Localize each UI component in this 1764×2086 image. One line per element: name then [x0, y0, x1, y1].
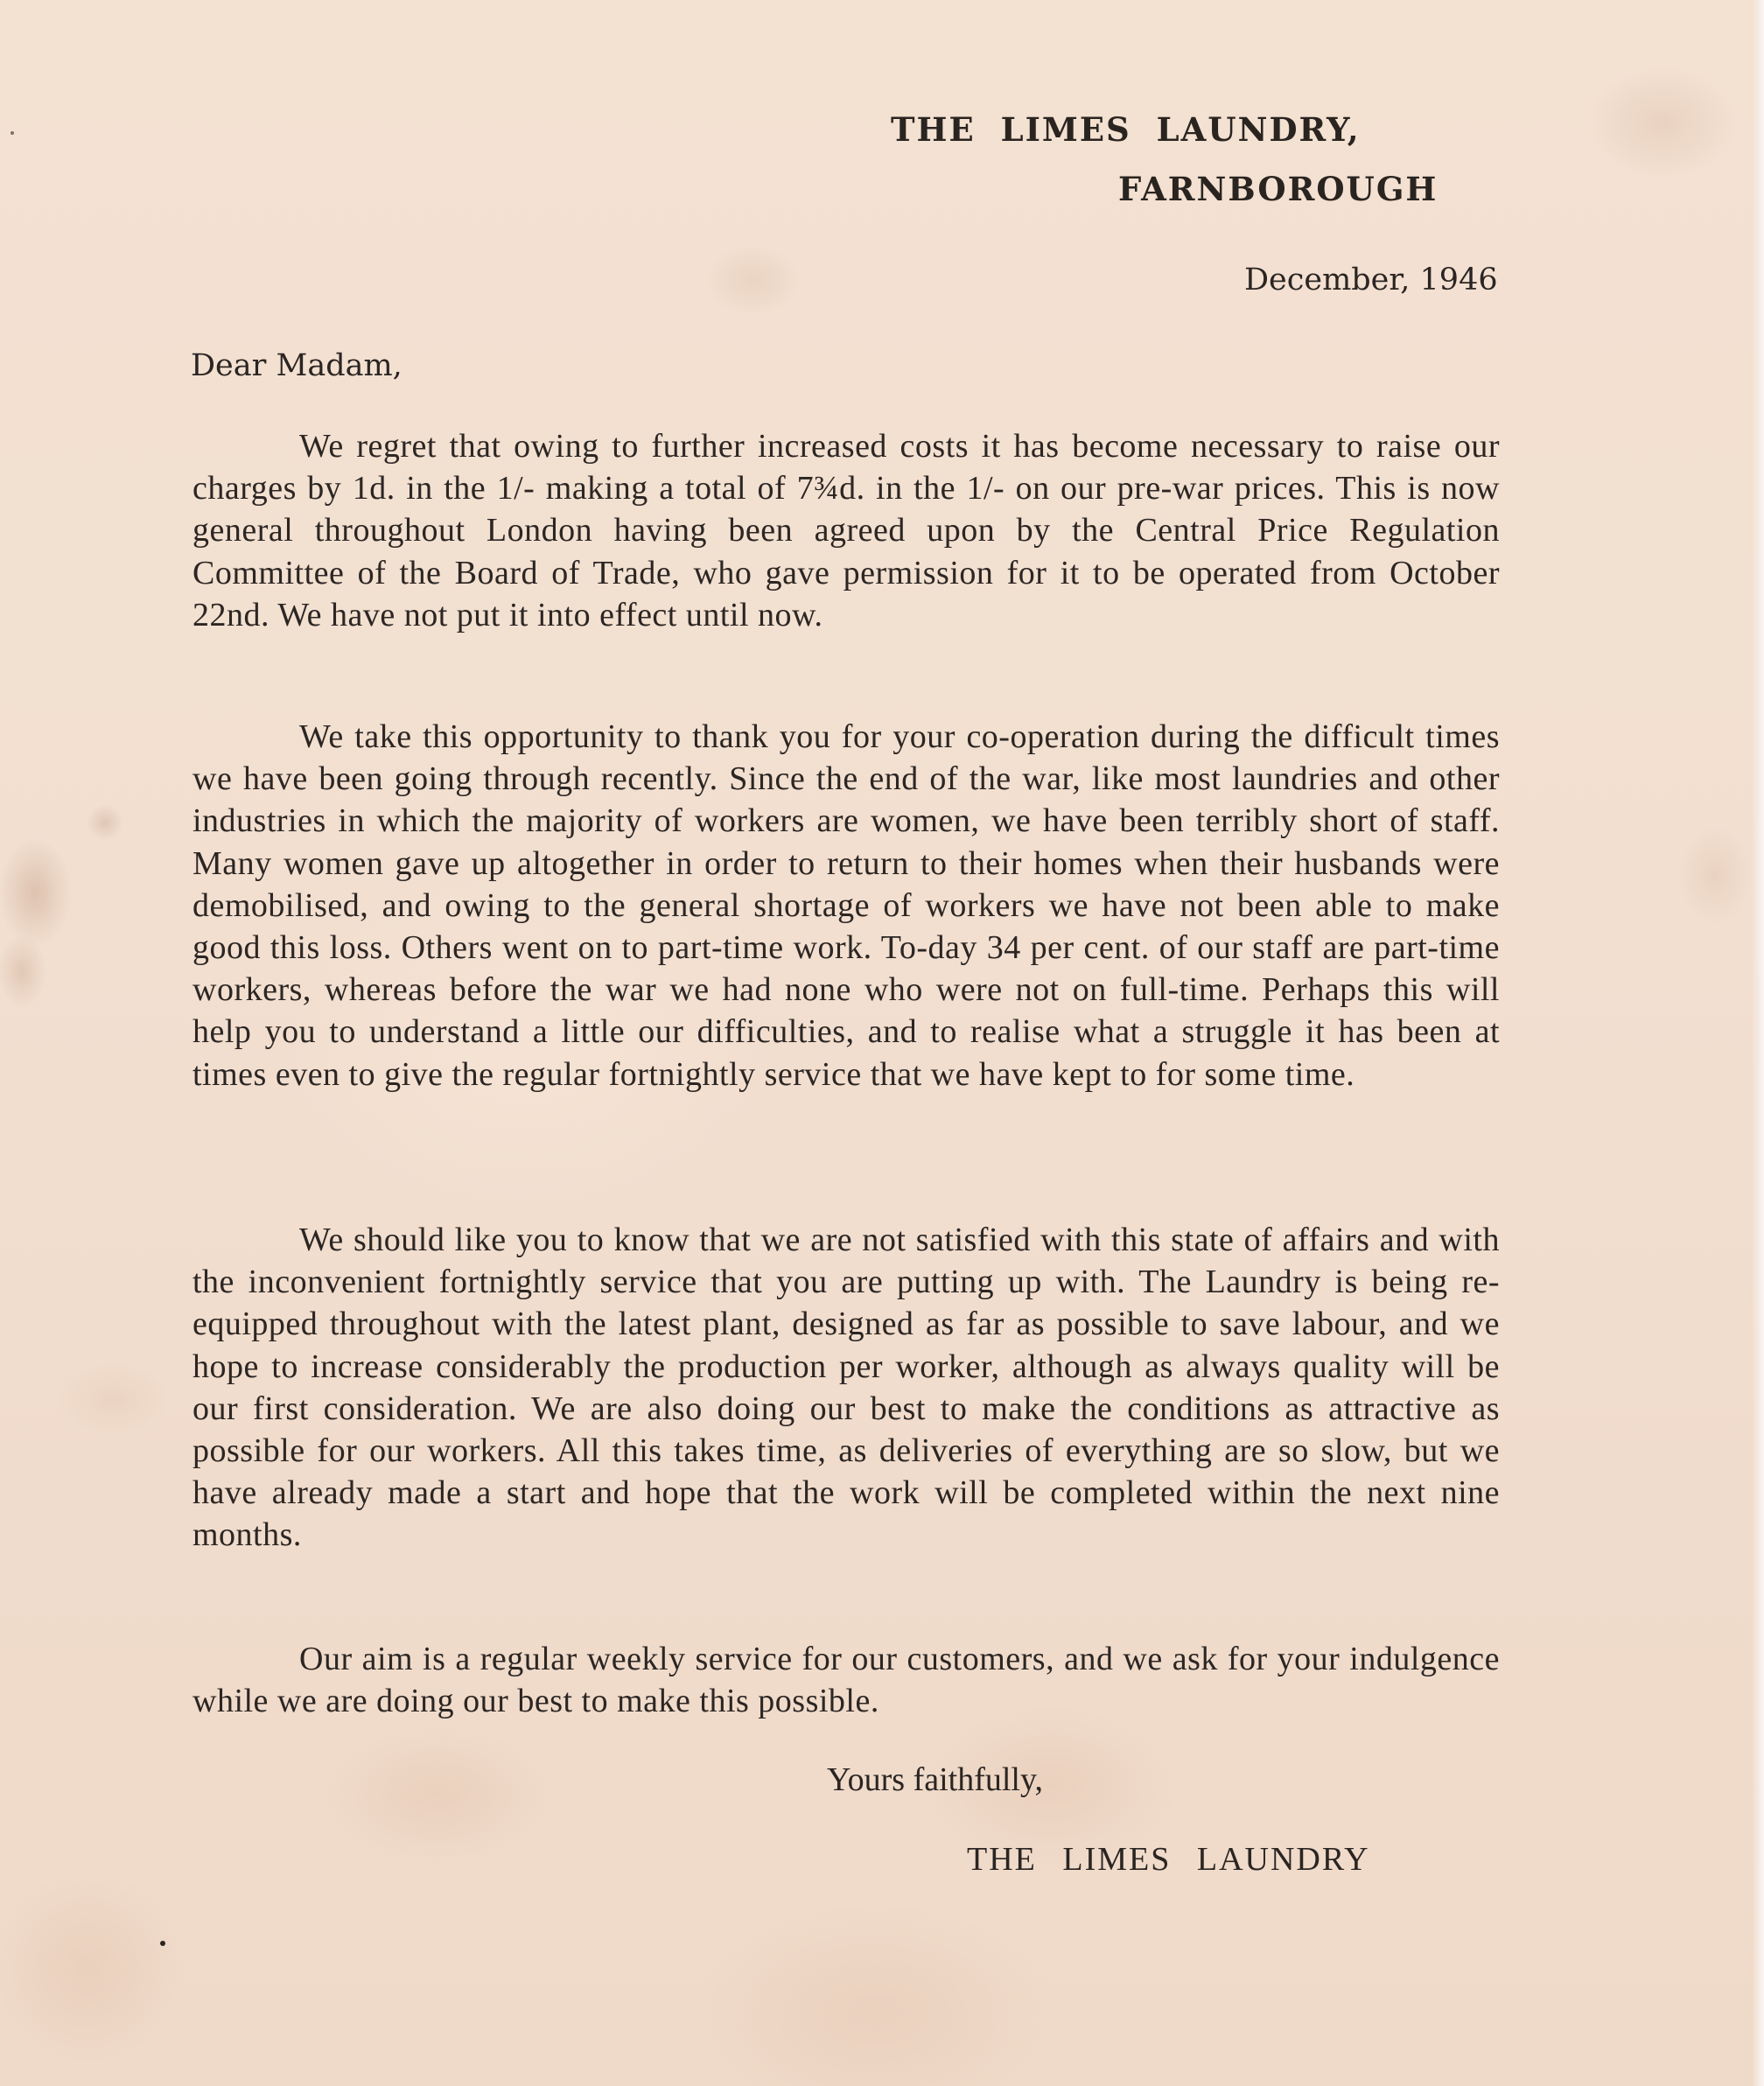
- letterhead-location: FARNBOROUGH: [1118, 170, 1438, 208]
- salutation: Dear Madam,: [191, 348, 402, 383]
- closing: Yours faithfully,: [827, 1760, 1043, 1799]
- paragraph-staff-shortage: We take this opportunity to thank you fo…: [192, 716, 1500, 1095]
- signature: THE LIMES LAUNDRY: [967, 1840, 1370, 1879]
- ink-speck: [160, 1941, 165, 1946]
- ink-speck: [10, 131, 14, 135]
- paragraph-re-equipment: We should like you to know that we are n…: [192, 1219, 1500, 1557]
- paragraph-weekly-service-aim: Our aim is a regular weekly service for …: [192, 1638, 1500, 1722]
- letter-date: December, 1946: [1244, 262, 1498, 297]
- letter: THE LIMES LAUNDRY, FARNBOROUGH December,…: [0, 0, 1764, 2086]
- letterhead-company: THE LIMES LAUNDRY,: [891, 110, 1361, 149]
- paragraph-price-increase: We regret that owing to further increase…: [192, 425, 1500, 636]
